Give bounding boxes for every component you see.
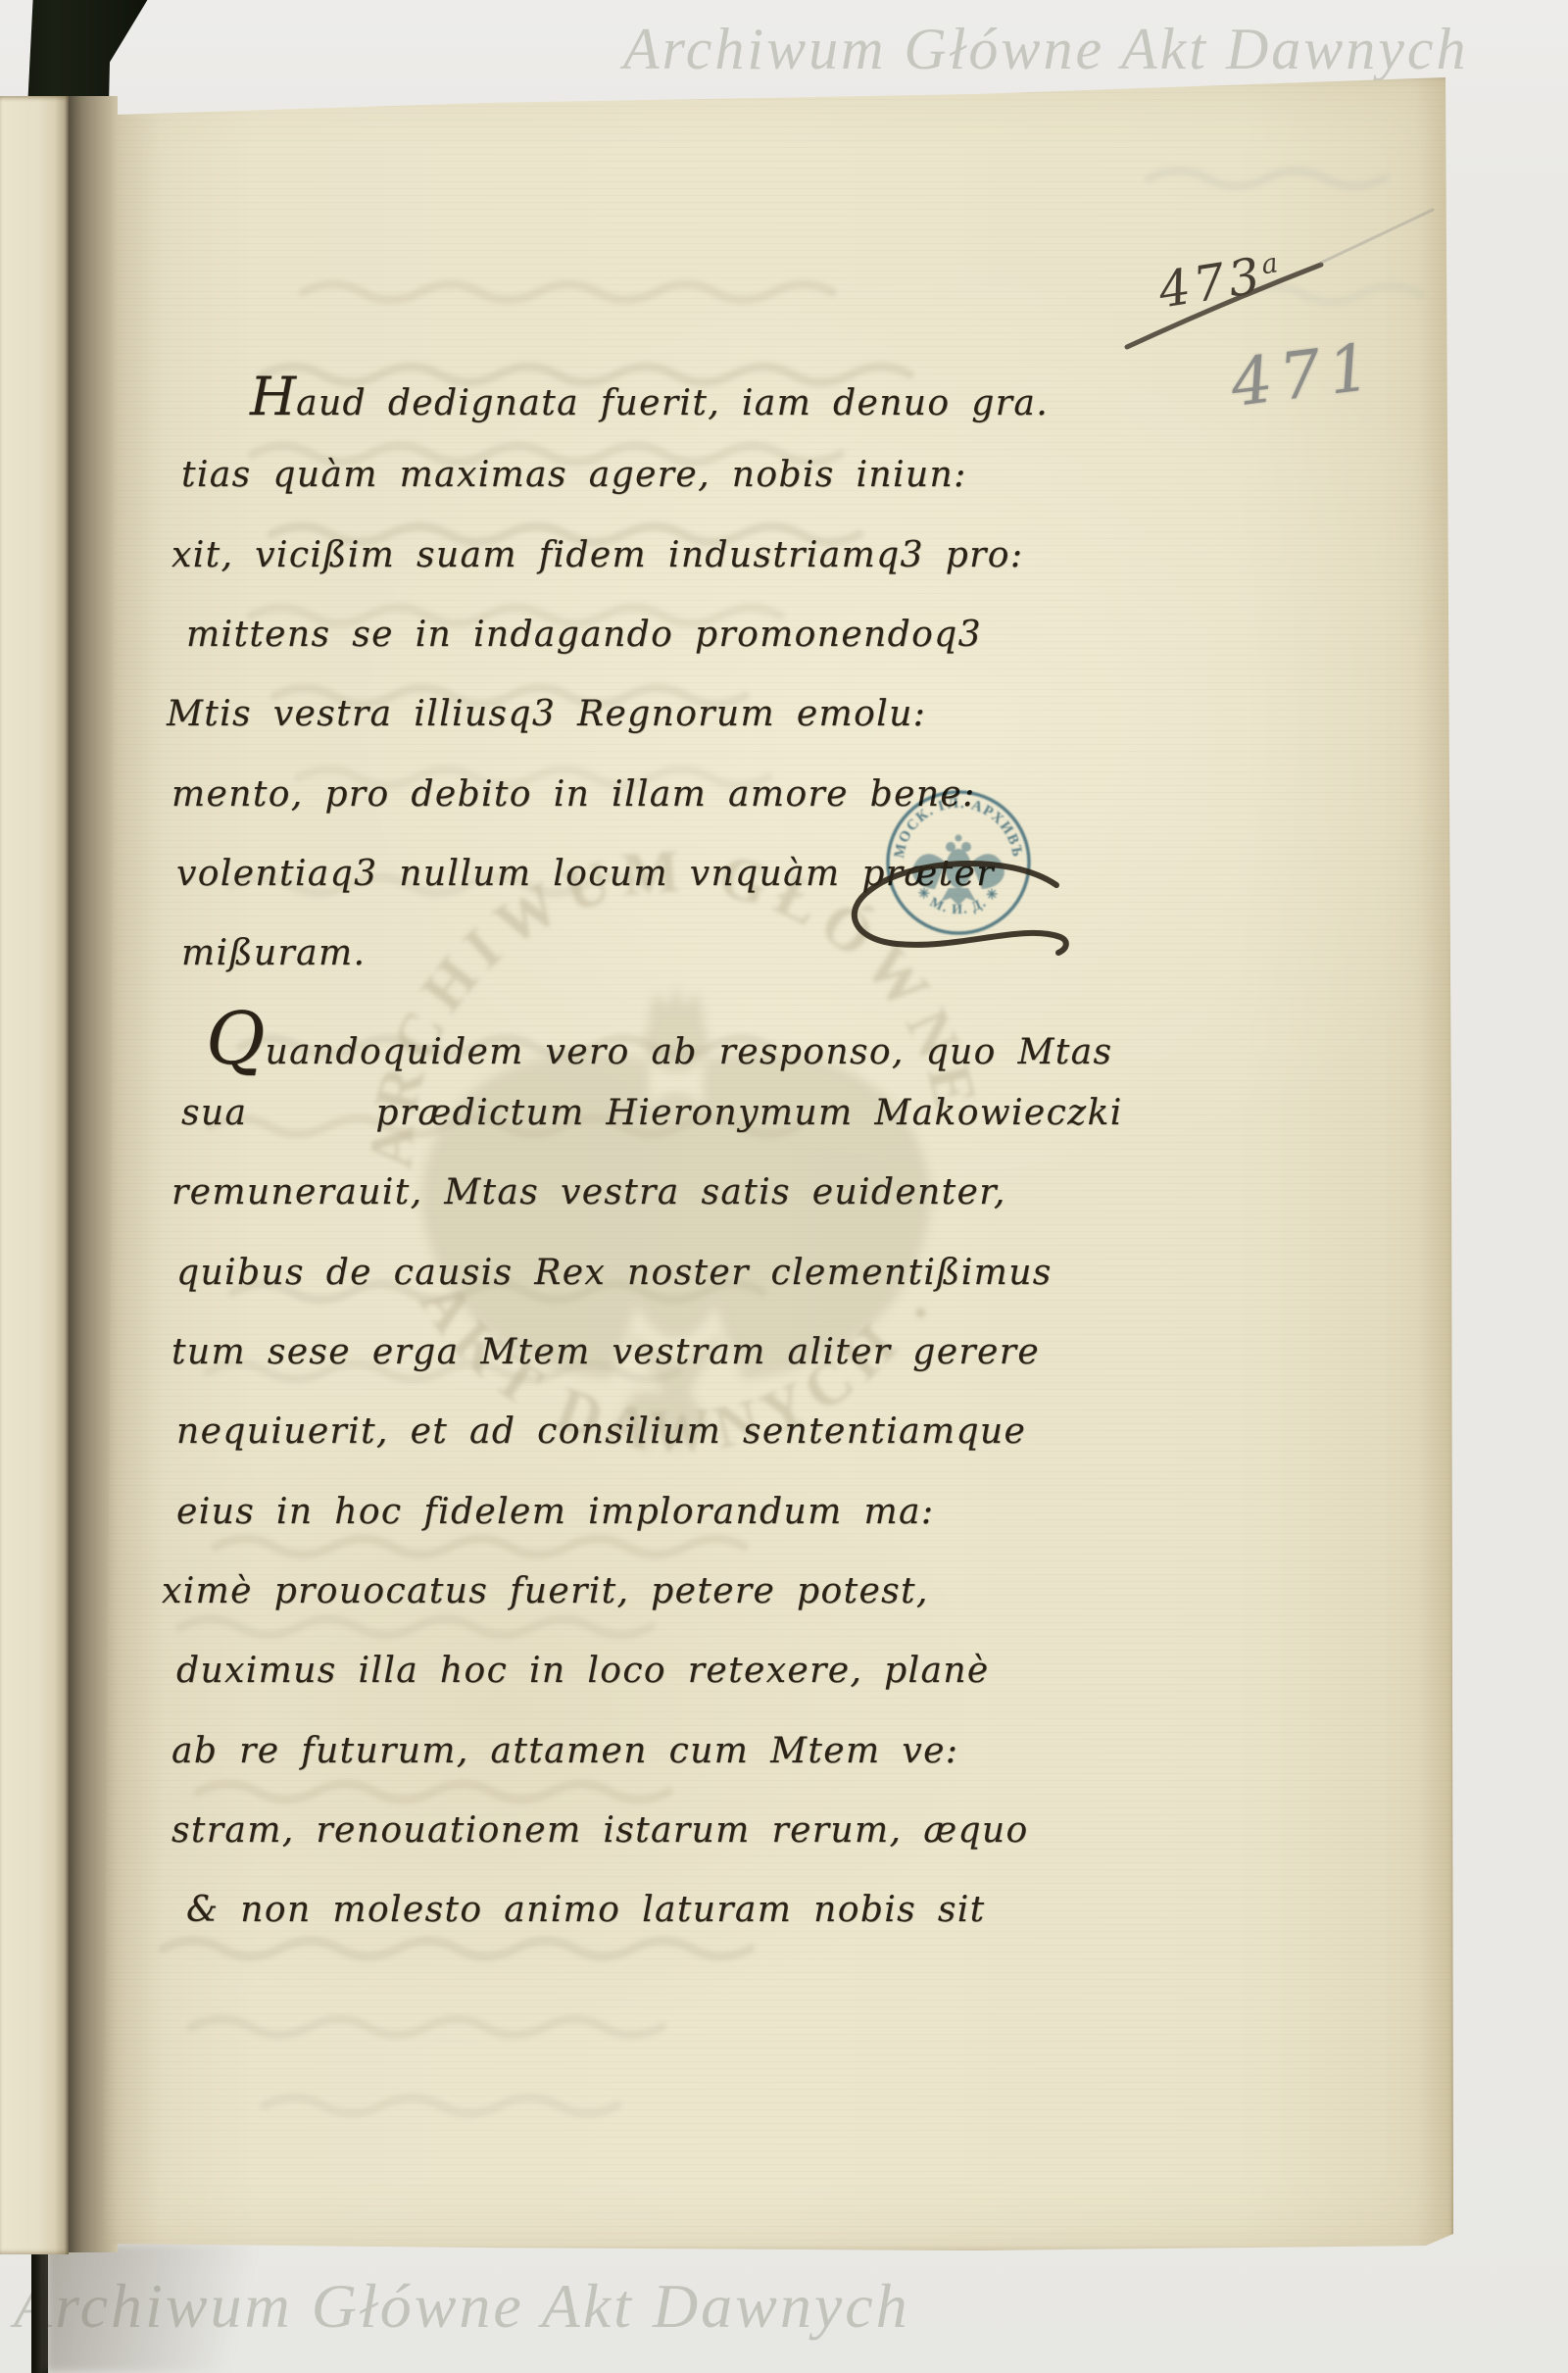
manuscript-line: & non molesto animo laturam nobis sit (186, 1890, 986, 1930)
bookmark-ribbon-tail (31, 2243, 48, 2373)
top-watermark: Archiwum Główne Akt Dawnych (623, 16, 1469, 83)
manuscript-line: mento, pro debito in illam amore bene: (171, 774, 976, 815)
manuscript-line: mittens se in indagando promonendoq3 (186, 615, 982, 655)
manuscript-line: xit, vicißim suam fidem industriamq3 pro… (171, 535, 1023, 575)
manuscript-line: volentiaq3 nullum locum vnquàm præter (176, 854, 995, 894)
manuscript-line: quibus de causis Rex noster clementißimu… (176, 1253, 1053, 1293)
manuscript-line: tum sese erga Mtem vestram aliter gerere (171, 1332, 1040, 1372)
manuscript-line: duximus illa hoc in loco retexere, planè (176, 1651, 990, 1691)
manuscript-line: tias quàm maximas agere, nobis iniun: (181, 455, 967, 495)
manuscript-line: Mtis vestra illiusq3 Regnorum emolu: (167, 694, 926, 734)
previous-page-edge (0, 96, 69, 2254)
manuscript-line: eius in hoc fidelem implorandum ma: (176, 1492, 934, 1532)
bottom-watermark: Archiwum Główne Akt Dawnych (14, 2270, 910, 2343)
manuscript-line: nequiuerit, et ad consilium sententiamqu… (176, 1411, 1026, 1452)
manuscript-line: Quandoquidem vero ab responso, quo Mtas (206, 1013, 1112, 1072)
manuscript-line: stram, renouationem istarum rerum, æquo (171, 1810, 1029, 1851)
manuscript-line: sua prædictum Hieronymum Makowieczki (181, 1093, 1123, 1133)
manuscript-line: ximè prouocatus fuerit, petere potest, (162, 1571, 929, 1611)
archival-scan: { "scan": { "watermark_top": "Archiwum G… (0, 0, 1568, 2373)
manuscript-line: Haud dedignata fuerit, iam denuo gra. (250, 375, 1049, 423)
manuscript-line: ab re futurum, attamen cum Mtem ve: (171, 1731, 958, 1771)
manuscript-line: remunerauit, Mtas vestra satis euidenter… (171, 1172, 1006, 1212)
manuscript-line: mißuram. (181, 933, 366, 973)
